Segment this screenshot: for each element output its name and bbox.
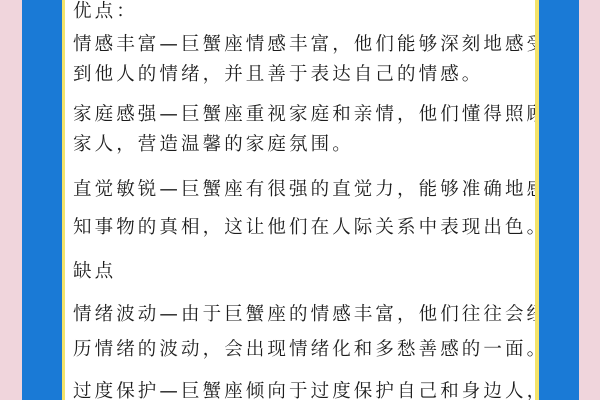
- con-1-line-2: 历情绪的波动，会出现情绪化和多愁善感的一面。: [73, 338, 535, 362]
- cons-heading: 缺点: [73, 260, 116, 284]
- pros-heading: 优点：: [73, 0, 138, 24]
- pro-3-line-1: 直觉敏锐—巨蟹座有很强的直觉力，能够准确地感: [73, 178, 535, 202]
- pro-1-line-2: 到他人的情绪，并且善于表达自己的情感。: [73, 63, 483, 87]
- left-pink-margin: [0, 0, 22, 400]
- pro-2-line-2: 家人，营造温馨的家庭氛围。: [73, 133, 354, 157]
- pro-3-line-2: 知事物的真相，这让他们在人际关系中表现出色。: [73, 216, 535, 240]
- pro-2-line-1: 家庭感强—巨蟹座重视家庭和亲情，他们懂得照顾: [73, 103, 535, 127]
- right-blue-border: [539, 0, 579, 400]
- article-panel: 优点： 情感丰富—巨蟹座情感丰富，他们能够深刻地感受 到他人的情绪，并且善于表达…: [65, 0, 535, 400]
- right-pink-margin: [579, 0, 600, 400]
- pro-1-line-1: 情感丰富—巨蟹座情感丰富，他们能够深刻地感受: [73, 33, 535, 57]
- left-blue-border: [22, 0, 62, 400]
- con-2-line-1: 过度保护—巨蟹座倾向于过度保护自己和身边人，: [73, 380, 535, 400]
- con-1-line-1: 情绪波动—由于巨蟹座的情感丰富，他们往往会经: [73, 303, 535, 327]
